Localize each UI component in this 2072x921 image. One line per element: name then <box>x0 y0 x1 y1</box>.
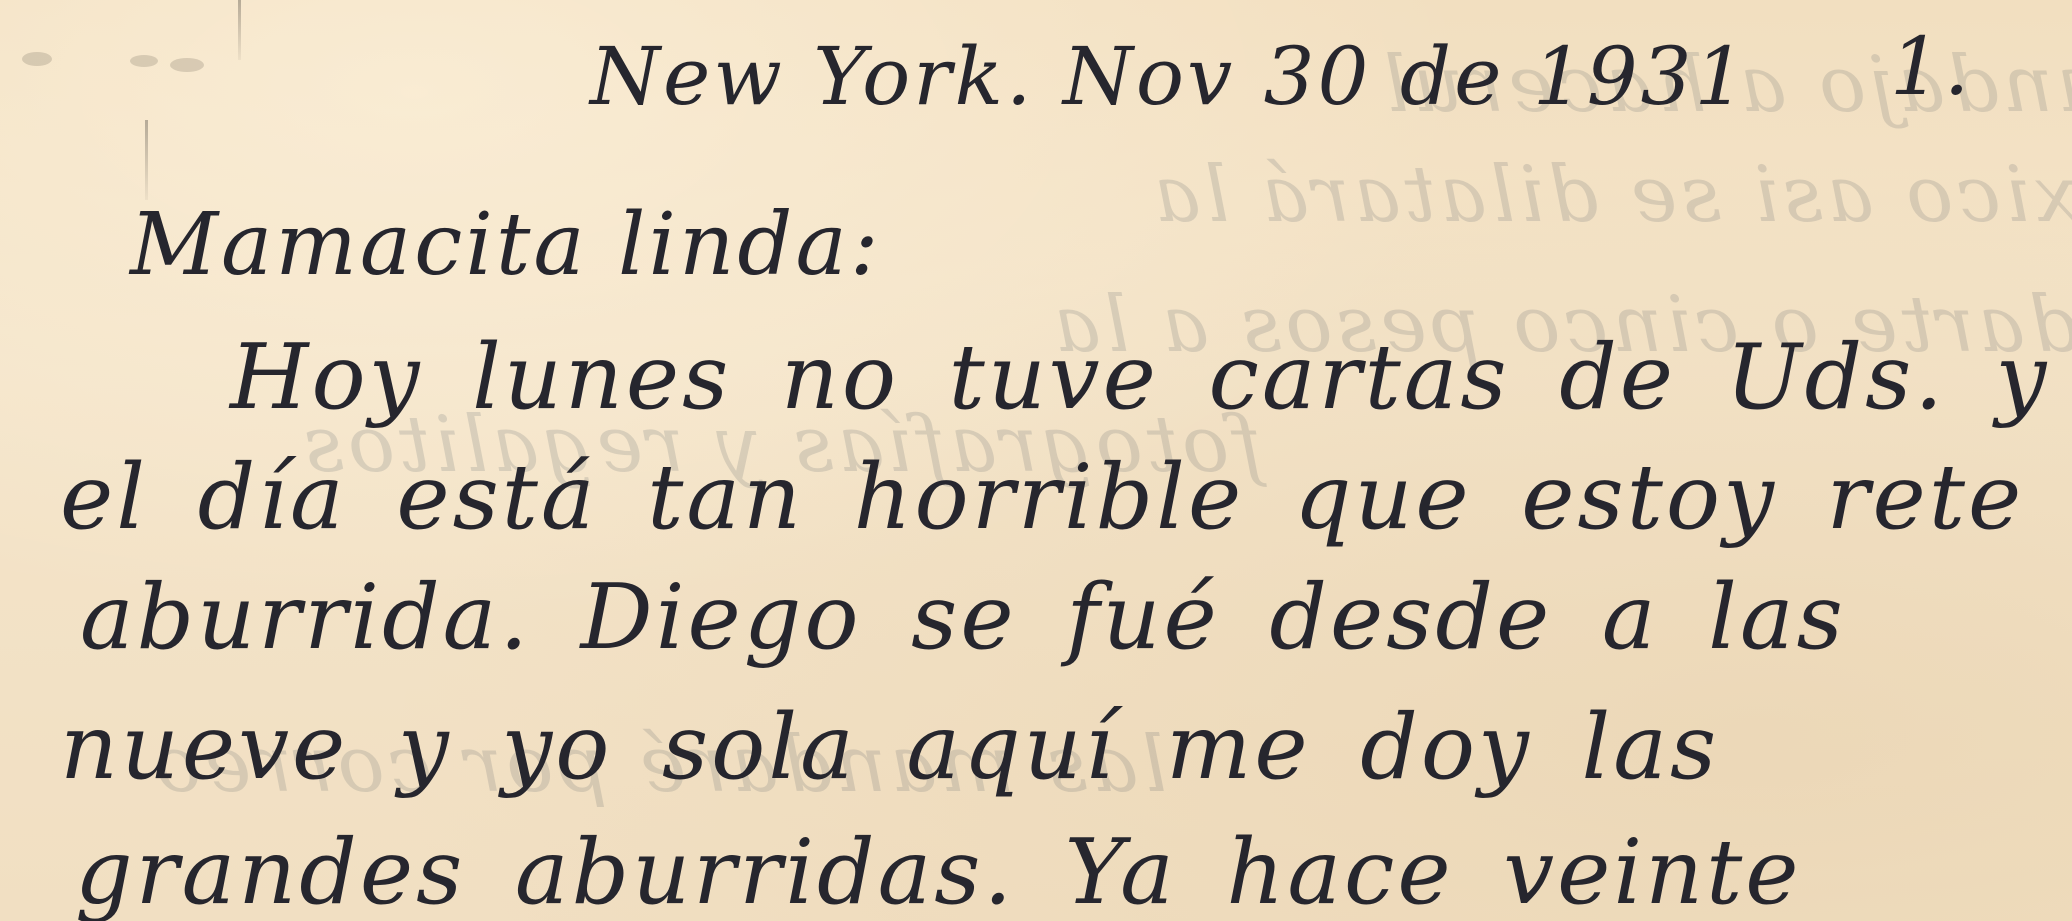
paper-stain <box>130 55 158 67</box>
salutation: Mamacita linda: <box>130 195 882 295</box>
bleed-through-text: de México asi se dilatará la <box>1150 150 2072 240</box>
paper-crease <box>238 0 241 60</box>
body-line: aburrida. Diego se fué desde a las <box>80 565 1846 670</box>
body-line: grandes aburridas. Ya hace veinte <box>75 820 1802 921</box>
paper-crease <box>145 120 148 200</box>
body-line: Hoy lunes no tuve cartas de Uds. y <box>230 325 2049 430</box>
paper-stain <box>170 58 204 72</box>
paper-stain <box>22 52 52 66</box>
page-number: 1. <box>1890 20 1972 113</box>
letter-page: ymandajo a hacerul de México asi se dila… <box>0 0 2072 921</box>
body-line: nueve y yo sola aquí me doy las <box>60 695 1719 800</box>
place-date-heading: New York. Nov 30 de 1931 <box>590 30 1748 123</box>
body-line: el día está tan horrible que estoy rete <box>60 445 2024 550</box>
